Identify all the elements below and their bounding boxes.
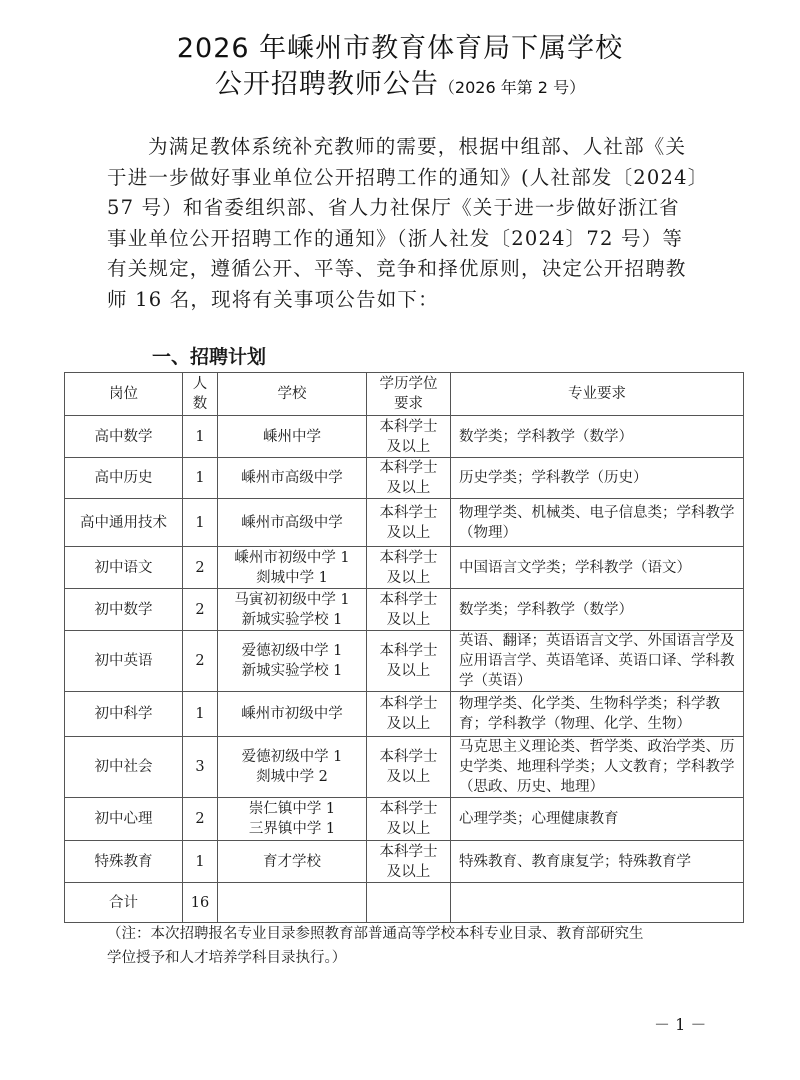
cell-count: 2: [183, 547, 218, 589]
cell-school: 崇仁镇中学 1三界镇中学 1: [218, 798, 367, 841]
cell-major: 特殊教育、教育康复学；特殊教育学: [451, 841, 744, 883]
header-position: 岗位: [65, 373, 183, 416]
table-header-row: 岗位 人数 学校 学历学位要求 专业要求: [65, 373, 744, 416]
cell-school: 马寅初初级中学 1新城实验学校 1: [218, 589, 367, 631]
table-row: 初中数学 2 马寅初初级中学 1新城实验学校 1 本科学士及以上 数学类；学科教…: [65, 589, 744, 631]
cell-major: 物理学类、机械类、电子信息类；学科教学（物理）: [451, 499, 744, 547]
cell-degree: 本科学士及以上: [367, 499, 451, 547]
cell-school: 育才学校: [218, 841, 367, 883]
cell-school: 嵊州市初级中学: [218, 692, 367, 737]
cell-position: 初中社会: [65, 737, 183, 798]
cell-degree: 本科学士及以上: [367, 458, 451, 499]
cell-school: 爱德初级中学 1新城实验学校 1: [218, 631, 367, 692]
intro-line: 师 16 名，现将有关事项公告如下：: [107, 285, 707, 316]
cell-major: 物理学类、化学类、生物科学类；科学教育；学科教学（物理、化学、生物）: [451, 692, 744, 737]
table-row: 高中数学 1 嵊州中学 本科学士及以上 数学类；学科教学（数学）: [65, 416, 744, 458]
header-degree: 学历学位要求: [367, 373, 451, 416]
cell-school: 嵊州市初级中学 1剡城中学 1: [218, 547, 367, 589]
cell-degree: 本科学士及以上: [367, 589, 451, 631]
cell-position: 初中科学: [65, 692, 183, 737]
cell-school: 爱德初级中学 1剡城中学 2: [218, 737, 367, 798]
cell-degree: 本科学士及以上: [367, 841, 451, 883]
cell-position: 初中语文: [65, 547, 183, 589]
intro-line: 于进一步做好事业单位公开招聘工作的通知》(人社部发〔2024〕: [107, 163, 707, 194]
cell-major: 数学类；学科教学（数学）: [451, 416, 744, 458]
cell-count: 1: [183, 416, 218, 458]
cell-empty: [367, 883, 451, 923]
cell-count: 1: [183, 692, 218, 737]
intro-line: 57 号）和省委组织部、省人力社保厅《关于进一步做好浙江省: [107, 193, 707, 224]
table-note: （注：本次招聘报名专业目录参照教育部普通高等学校本科专业目录、教育部研究生 学位…: [107, 922, 747, 970]
header-count: 人数: [183, 373, 218, 416]
cell-school: 嵊州市高级中学: [218, 499, 367, 547]
table-row: 初中科学 1 嵊州市初级中学 本科学士及以上 物理学类、化学类、生物科学类；科学…: [65, 692, 744, 737]
table-row: 特殊教育 1 育才学校 本科学士及以上 特殊教育、教育康复学；特殊教育学: [65, 841, 744, 883]
cell-count: 1: [183, 841, 218, 883]
cell-position: 高中历史: [65, 458, 183, 499]
cell-position: 高中数学: [65, 416, 183, 458]
cell-count: 2: [183, 798, 218, 841]
page-number: － 1 －: [654, 1012, 706, 1035]
title-main: 公开招聘教师公告: [215, 69, 439, 100]
table-row: 初中心理 2 崇仁镇中学 1三界镇中学 1 本科学士及以上 心理学类；心理健康教…: [65, 798, 744, 841]
cell-position: 特殊教育: [65, 841, 183, 883]
intro-paragraph: 为满足教体系统补充教师的需要，根据中组部、人社部《关 于进一步做好事业单位公开招…: [107, 132, 707, 315]
cell-degree: 本科学士及以上: [367, 547, 451, 589]
cell-empty: [451, 883, 744, 923]
cell-count: 2: [183, 631, 218, 692]
cell-count: 1: [183, 499, 218, 547]
cell-position: 初中心理: [65, 798, 183, 841]
intro-line: 事业单位公开招聘工作的通知》（浙人社发〔2024〕72 号）等: [107, 224, 707, 255]
cell-position: 初中英语: [65, 631, 183, 692]
table-row: 高中通用技术 1 嵊州市高级中学 本科学士及以上 物理学类、机械类、电子信息类；…: [65, 499, 744, 547]
section-heading-recruitment-plan: 一、招聘计划: [152, 342, 266, 369]
cell-major: 马克思主义理论类、哲学类、政治学类、历史学类、地理科学类；人文教育；学科教学（思…: [451, 737, 744, 798]
cell-major: 数学类；学科教学（数学）: [451, 589, 744, 631]
title-issue-number: （2026 年第 2 号）: [439, 78, 585, 97]
cell-major: 中国语言文学类；学科教学（语文）: [451, 547, 744, 589]
cell-degree: 本科学士及以上: [367, 798, 451, 841]
cell-empty: [218, 883, 367, 923]
table-row: 高中历史 1 嵊州市高级中学 本科学士及以上 历史学类；学科教学（历史）: [65, 458, 744, 499]
cell-degree: 本科学士及以上: [367, 416, 451, 458]
cell-degree: 本科学士及以上: [367, 692, 451, 737]
cell-count: 1: [183, 458, 218, 499]
cell-school: 嵊州中学: [218, 416, 367, 458]
document-title-line1: 2026 年嵊州市教育体育局下属学校: [0, 26, 800, 65]
recruitment-table: 岗位 人数 学校 学历学位要求 专业要求 高中数学 1 嵊州中学 本科学士及以上…: [64, 372, 744, 923]
cell-position: 初中数学: [65, 589, 183, 631]
cell-major: 心理学类；心理健康教育: [451, 798, 744, 841]
header-school: 学校: [218, 373, 367, 416]
total-count: 16: [183, 883, 218, 923]
cell-position: 高中通用技术: [65, 499, 183, 547]
cell-count: 3: [183, 737, 218, 798]
document-title-line2: 公开招聘教师公告（2026 年第 2 号）: [0, 62, 800, 101]
cell-degree: 本科学士及以上: [367, 737, 451, 798]
header-major: 专业要求: [451, 373, 744, 416]
total-label: 合计: [65, 883, 183, 923]
table-row: 初中英语 2 爱德初级中学 1新城实验学校 1 本科学士及以上 英语、翻译；英语…: [65, 631, 744, 692]
cell-major: 历史学类；学科教学（历史）: [451, 458, 744, 499]
cell-count: 2: [183, 589, 218, 631]
intro-line: 为满足教体系统补充教师的需要，根据中组部、人社部《关: [107, 132, 707, 163]
table-total-row: 合计 16: [65, 883, 744, 923]
table-row: 初中语文 2 嵊州市初级中学 1剡城中学 1 本科学士及以上 中国语言文学类；学…: [65, 547, 744, 589]
cell-school: 嵊州市高级中学: [218, 458, 367, 499]
cell-major: 英语、翻译；英语语言文学、外国语言学及应用语言学、英语笔译、英语口译、学科教学（…: [451, 631, 744, 692]
cell-degree: 本科学士及以上: [367, 631, 451, 692]
table-row: 初中社会 3 爱德初级中学 1剡城中学 2 本科学士及以上 马克思主义理论类、哲…: [65, 737, 744, 798]
intro-line: 有关规定，遵循公开、平等、竞争和择优原则，决定公开招聘教: [107, 254, 707, 285]
